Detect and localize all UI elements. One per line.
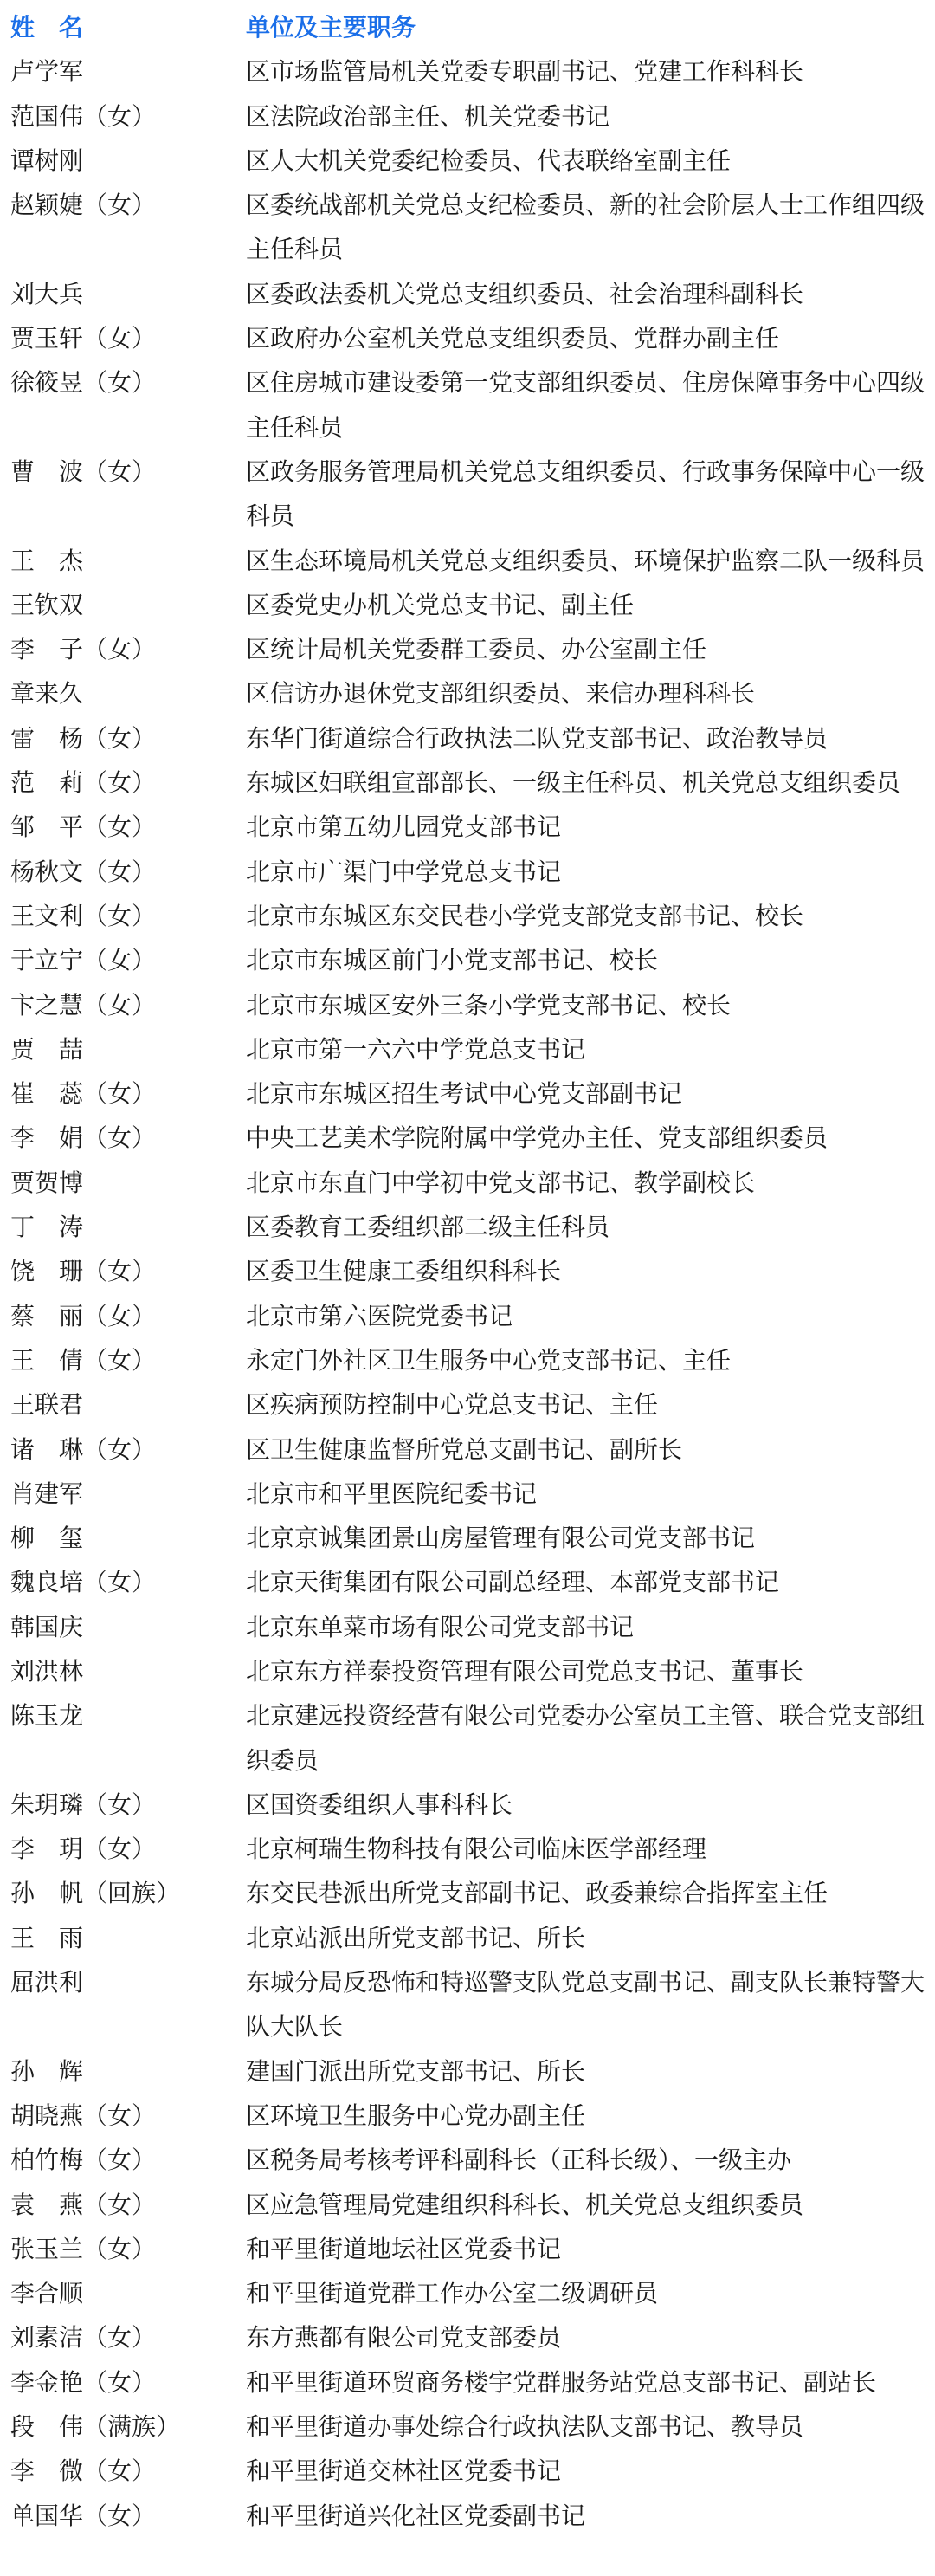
column-header-unit-position: 单位及主要职务 [246, 5, 935, 49]
table-row: 王钦双 区委党史办机关党总支书记、副主任 [0, 583, 935, 627]
table-row: 袁 燕（女） 区应急管理局党建组织科科长、机关党总支组织委员 [0, 2183, 935, 2227]
person-position: 永定门外社区卫生服务中心党支部书记、主任 [246, 1338, 935, 1382]
person-name: 柏竹梅（女） [0, 2138, 246, 2182]
table-row: 朱玥璘（女） 区国资委组织人事科科长 [0, 1783, 935, 1827]
person-name: 王 倩（女） [0, 1338, 246, 1382]
table-row: 邹 平（女） 北京市第五幼儿园党支部书记 [0, 805, 935, 849]
person-position: 区委党史办机关党总支书记、副主任 [246, 583, 935, 627]
person-position: 区委卫生健康工委组织科科长 [246, 1249, 935, 1293]
person-position: 东方燕都有限公司党支部委员 [246, 2315, 935, 2359]
table-row: 曹 波（女） 区政务服务管理局机关党总支组织委员、行政事务保障中心一级科员 [0, 450, 935, 539]
person-name: 张玉兰（女） [0, 2227, 246, 2271]
person-name: 范 莉（女） [0, 761, 246, 805]
person-name: 刘素洁（女） [0, 2315, 246, 2359]
person-name: 赵颖婕（女） [0, 183, 246, 227]
person-position: 和平里街道党群工作办公室二级调研员 [246, 2271, 935, 2315]
person-name: 王联君 [0, 1382, 246, 1427]
person-position: 区政务服务管理局机关党总支组织委员、行政事务保障中心一级科员 [246, 450, 935, 539]
table-row: 王联君 区疾病预防控制中心党总支书记、主任 [0, 1382, 935, 1427]
table-row: 李合顺 和平里街道党群工作办公室二级调研员 [0, 2271, 935, 2315]
person-position: 区住房城市建设委第一党支部组织委员、住房保障事务中心四级主任科员 [246, 360, 935, 450]
person-name: 袁 燕（女） [0, 2183, 246, 2227]
person-position: 区人大机关党委纪检委员、代表联络室副主任 [246, 139, 935, 183]
table-row: 杨秋文（女） 北京市广渠门中学党总支书记 [0, 850, 935, 894]
person-position: 区统计局机关党委群工委员、办公室副主任 [246, 627, 935, 671]
table-row: 赵颖婕（女） 区委统战部机关党总支纪检委员、新的社会阶层人士工作组四级主任科员 [0, 183, 935, 272]
table-row: 章来久 区信访办退休党支部组织委员、来信办理科科长 [0, 671, 935, 715]
table-row: 贾贺博 北京市东直门中学初中党支部书记、教学副校长 [0, 1161, 935, 1205]
person-position: 北京市第六医院党委书记 [246, 1294, 935, 1338]
person-name: 孙 辉 [0, 2049, 246, 2094]
person-position: 区国资委组织人事科科长 [246, 1783, 935, 1827]
person-position: 东交民巷派出所党支部副书记、政委兼综合指挥室主任 [246, 1871, 935, 1915]
person-name: 孙 帆（回族） [0, 1871, 246, 1915]
table-row: 柳 玺 北京京诚集团景山房屋管理有限公司党支部书记 [0, 1516, 935, 1560]
table-row: 王 杰 区生态环境局机关党总支组织委员、环境保护监察二队一级科员 [0, 539, 935, 583]
table-row: 丁 涛 区委教育工委组织部二级主任科员 [0, 1205, 935, 1249]
person-name: 段 伟（满族） [0, 2404, 246, 2449]
person-position: 区应急管理局党建组织科科长、机关党总支组织委员 [246, 2183, 935, 2227]
person-position: 区市场监管局机关党委专职副书记、党建工作科科长 [246, 49, 935, 94]
person-position: 和平里街道交林社区党委书记 [246, 2449, 935, 2493]
person-name: 李 微（女） [0, 2449, 246, 2493]
person-name: 李合顺 [0, 2271, 246, 2315]
person-name: 贾 喆 [0, 1027, 246, 1071]
person-position: 北京东方祥泰投资管理有限公司党总支书记、董事长 [246, 1649, 935, 1693]
table-row: 李 玥（女） 北京柯瑞生物科技有限公司临床医学部经理 [0, 1827, 935, 1871]
person-name: 范国伟（女） [0, 94, 246, 139]
table-row: 张玉兰（女） 和平里街道地坛社区党委书记 [0, 2227, 935, 2271]
person-position: 建国门派出所党支部书记、所长 [246, 2049, 935, 2094]
table-row: 诸 琳（女） 区卫生健康监督所党总支副书记、副所长 [0, 1427, 935, 1472]
person-position: 区税务局考核考评科副科长（正科长级）、一级主办 [246, 2138, 935, 2182]
person-position: 东城区妇联组宣部部长、一级主任科员、机关党总支组织委员 [246, 761, 935, 805]
person-name: 李 子（女） [0, 627, 246, 671]
table-row: 孙 辉 建国门派出所党支部书记、所长 [0, 2049, 935, 2094]
person-name: 雷 杨（女） [0, 716, 246, 761]
person-name: 屈洪利 [0, 1960, 246, 2004]
person-name: 徐筱昱（女） [0, 360, 246, 405]
person-name: 崔 蕊（女） [0, 1071, 246, 1116]
person-position: 北京建远投资经营有限公司党委办公室员工主管、联合党支部组织委员 [246, 1693, 935, 1783]
table-row: 卢学军 区市场监管局机关党委专职副书记、党建工作科科长 [0, 49, 935, 94]
table-row: 单国华（女） 和平里街道兴化社区党委副书记 [0, 2494, 935, 2538]
table-row: 贾 喆 北京市第一六六中学党总支书记 [0, 1027, 935, 1071]
person-name: 章来久 [0, 671, 246, 715]
table-row: 于立宁（女） 北京市东城区前门小党支部书记、校长 [0, 938, 935, 982]
person-position: 区委教育工委组织部二级主任科员 [246, 1205, 935, 1249]
person-position: 北京京诚集团景山房屋管理有限公司党支部书记 [246, 1516, 935, 1560]
person-position: 北京市广渠门中学党总支书记 [246, 850, 935, 894]
person-position: 区环境卫生服务中心党办副主任 [246, 2094, 935, 2138]
person-name: 陈玉龙 [0, 1693, 246, 1738]
table-row: 胡晓燕（女） 区环境卫生服务中心党办副主任 [0, 2094, 935, 2138]
person-name: 刘大兵 [0, 272, 246, 316]
table-body: 卢学军 区市场监管局机关党委专职副书记、党建工作科科长 范国伟（女） 区法院政治… [0, 49, 935, 2538]
person-position: 区政府办公室机关党总支组织委员、党群办副主任 [246, 316, 935, 360]
table-row: 李 娟（女） 中央工艺美术学院附属中学党办主任、党支部组织委员 [0, 1116, 935, 1160]
table-row: 刘大兵 区委政法委机关党总支组织委员、社会治理科副科长 [0, 272, 935, 316]
table-row: 饶 珊（女） 区委卫生健康工委组织科科长 [0, 1249, 935, 1293]
table-row: 柏竹梅（女） 区税务局考核考评科副科长（正科长级）、一级主办 [0, 2138, 935, 2182]
person-position: 和平里街道办事处综合行政执法队支部书记、教导员 [246, 2404, 935, 2449]
person-position: 区生态环境局机关党总支组织委员、环境保护监察二队一级科员 [246, 539, 935, 583]
person-position: 区疾病预防控制中心党总支书记、主任 [246, 1382, 935, 1427]
table-row: 蔡 丽（女） 北京市第六医院党委书记 [0, 1294, 935, 1338]
person-position: 北京市东城区东交民巷小学党支部党支部书记、校长 [246, 894, 935, 938]
person-position: 北京站派出所党支部书记、所长 [246, 1916, 935, 1960]
roster-table: 姓 名 单位及主要职务 卢学军 区市场监管局机关党委专职副书记、党建工作科科长 … [0, 0, 935, 2538]
person-name: 贾玉轩（女） [0, 316, 246, 360]
person-position: 北京市第五幼儿园党支部书记 [246, 805, 935, 849]
person-position: 北京东单菜市场有限公司党支部书记 [246, 1605, 935, 1649]
person-position: 区委政法委机关党总支组织委员、社会治理科副科长 [246, 272, 935, 316]
person-name: 肖建军 [0, 1472, 246, 1516]
table-row: 屈洪利 东城分局反恐怖和特巡警支队党总支副书记、副支队长兼特警大队大队长 [0, 1960, 935, 2049]
person-name: 蔡 丽（女） [0, 1294, 246, 1338]
person-position: 北京市东直门中学初中党支部书记、教学副校长 [246, 1161, 935, 1205]
person-name: 谭树刚 [0, 139, 246, 183]
table-row: 魏良培（女） 北京天街集团有限公司副总经理、本部党支部书记 [0, 1560, 935, 1604]
person-name: 饶 珊（女） [0, 1249, 246, 1293]
table-header: 姓 名 单位及主要职务 [0, 5, 935, 49]
table-row: 段 伟（满族） 和平里街道办事处综合行政执法队支部书记、教导员 [0, 2404, 935, 2449]
table-row: 王 倩（女） 永定门外社区卫生服务中心党支部书记、主任 [0, 1338, 935, 1382]
person-position: 北京市东城区前门小党支部书记、校长 [246, 938, 935, 982]
person-name: 王 杰 [0, 539, 246, 583]
person-name: 卢学军 [0, 49, 246, 94]
table-row: 王 雨 北京站派出所党支部书记、所长 [0, 1916, 935, 1960]
table-row: 陈玉龙 北京建远投资经营有限公司党委办公室员工主管、联合党支部组织委员 [0, 1693, 935, 1783]
table-row: 李 微（女） 和平里街道交林社区党委书记 [0, 2449, 935, 2493]
person-name: 柳 玺 [0, 1516, 246, 1560]
person-name: 贾贺博 [0, 1161, 246, 1205]
person-name: 李 娟（女） [0, 1116, 246, 1160]
table-row: 范国伟（女） 区法院政治部主任、机关党委书记 [0, 94, 935, 139]
person-name: 李 玥（女） [0, 1827, 246, 1871]
table-row: 贾玉轩（女） 区政府办公室机关党总支组织委员、党群办副主任 [0, 316, 935, 360]
table-row: 刘素洁（女） 东方燕都有限公司党支部委员 [0, 2315, 935, 2359]
person-name: 王文利（女） [0, 894, 246, 938]
person-position: 北京市东城区安外三条小学党支部书记、校长 [246, 983, 935, 1027]
person-position: 和平里街道环贸商务楼宇党群服务站党总支部书记、副站长 [246, 2360, 935, 2404]
table-row: 孙 帆（回族） 东交民巷派出所党支部副书记、政委兼综合指挥室主任 [0, 1871, 935, 1915]
person-name: 单国华（女） [0, 2494, 246, 2538]
table-row: 王文利（女） 北京市东城区东交民巷小学党支部党支部书记、校长 [0, 894, 935, 938]
person-name: 邹 平（女） [0, 805, 246, 849]
person-name: 朱玥璘（女） [0, 1783, 246, 1827]
table-row: 李金艳（女） 和平里街道环贸商务楼宇党群服务站党总支部书记、副站长 [0, 2360, 935, 2404]
table-row: 雷 杨（女） 东华门街道综合行政执法二队党支部书记、政治教导员 [0, 716, 935, 761]
person-name: 于立宁（女） [0, 938, 246, 982]
person-position: 北京柯瑞生物科技有限公司临床医学部经理 [246, 1827, 935, 1871]
table-row: 李 子（女） 区统计局机关党委群工委员、办公室副主任 [0, 627, 935, 671]
person-position: 东城分局反恐怖和特巡警支队党总支副书记、副支队长兼特警大队大队长 [246, 1960, 935, 2049]
column-header-name: 姓 名 [0, 5, 246, 49]
person-name: 魏良培（女） [0, 1560, 246, 1604]
person-position: 北京市东城区招生考试中心党支部副书记 [246, 1071, 935, 1116]
person-position: 和平里街道地坛社区党委书记 [246, 2227, 935, 2271]
person-position: 北京市和平里医院纪委书记 [246, 1472, 935, 1516]
table-row: 范 莉（女） 东城区妇联组宣部部长、一级主任科员、机关党总支组织委员 [0, 761, 935, 805]
person-position: 区法院政治部主任、机关党委书记 [246, 94, 935, 139]
person-name: 诸 琳（女） [0, 1427, 246, 1472]
person-name: 王钦双 [0, 583, 246, 627]
person-name: 丁 涛 [0, 1205, 246, 1249]
person-name: 王 雨 [0, 1916, 246, 1960]
person-position: 区委统战部机关党总支纪检委员、新的社会阶层人士工作组四级主任科员 [246, 183, 935, 272]
person-position: 东华门街道综合行政执法二队党支部书记、政治教导员 [246, 716, 935, 761]
table-row: 崔 蕊（女） 北京市东城区招生考试中心党支部副书记 [0, 1071, 935, 1116]
person-position: 和平里街道兴化社区党委副书记 [246, 2494, 935, 2538]
person-position: 中央工艺美术学院附属中学党办主任、党支部组织委员 [246, 1116, 935, 1160]
person-position: 区信访办退休党支部组织委员、来信办理科科长 [246, 671, 935, 715]
person-position: 北京天街集团有限公司副总经理、本部党支部书记 [246, 1560, 935, 1604]
person-name: 韩国庆 [0, 1605, 246, 1649]
table-row: 卞之慧（女） 北京市东城区安外三条小学党支部书记、校长 [0, 983, 935, 1027]
person-name: 刘洪林 [0, 1649, 246, 1693]
person-position: 北京市第一六六中学党总支书记 [246, 1027, 935, 1071]
table-row: 肖建军 北京市和平里医院纪委书记 [0, 1472, 935, 1516]
person-name: 杨秋文（女） [0, 850, 246, 894]
person-name: 曹 波（女） [0, 450, 246, 494]
table-row: 谭树刚 区人大机关党委纪检委员、代表联络室副主任 [0, 139, 935, 183]
table-row: 徐筱昱（女） 区住房城市建设委第一党支部组织委员、住房保障事务中心四级主任科员 [0, 360, 935, 450]
table-row: 韩国庆 北京东单菜市场有限公司党支部书记 [0, 1605, 935, 1649]
table-row: 刘洪林 北京东方祥泰投资管理有限公司党总支书记、董事长 [0, 1649, 935, 1693]
person-name: 李金艳（女） [0, 2360, 246, 2404]
person-name: 胡晓燕（女） [0, 2094, 246, 2138]
person-position: 区卫生健康监督所党总支副书记、副所长 [246, 1427, 935, 1472]
person-name: 卞之慧（女） [0, 983, 246, 1027]
